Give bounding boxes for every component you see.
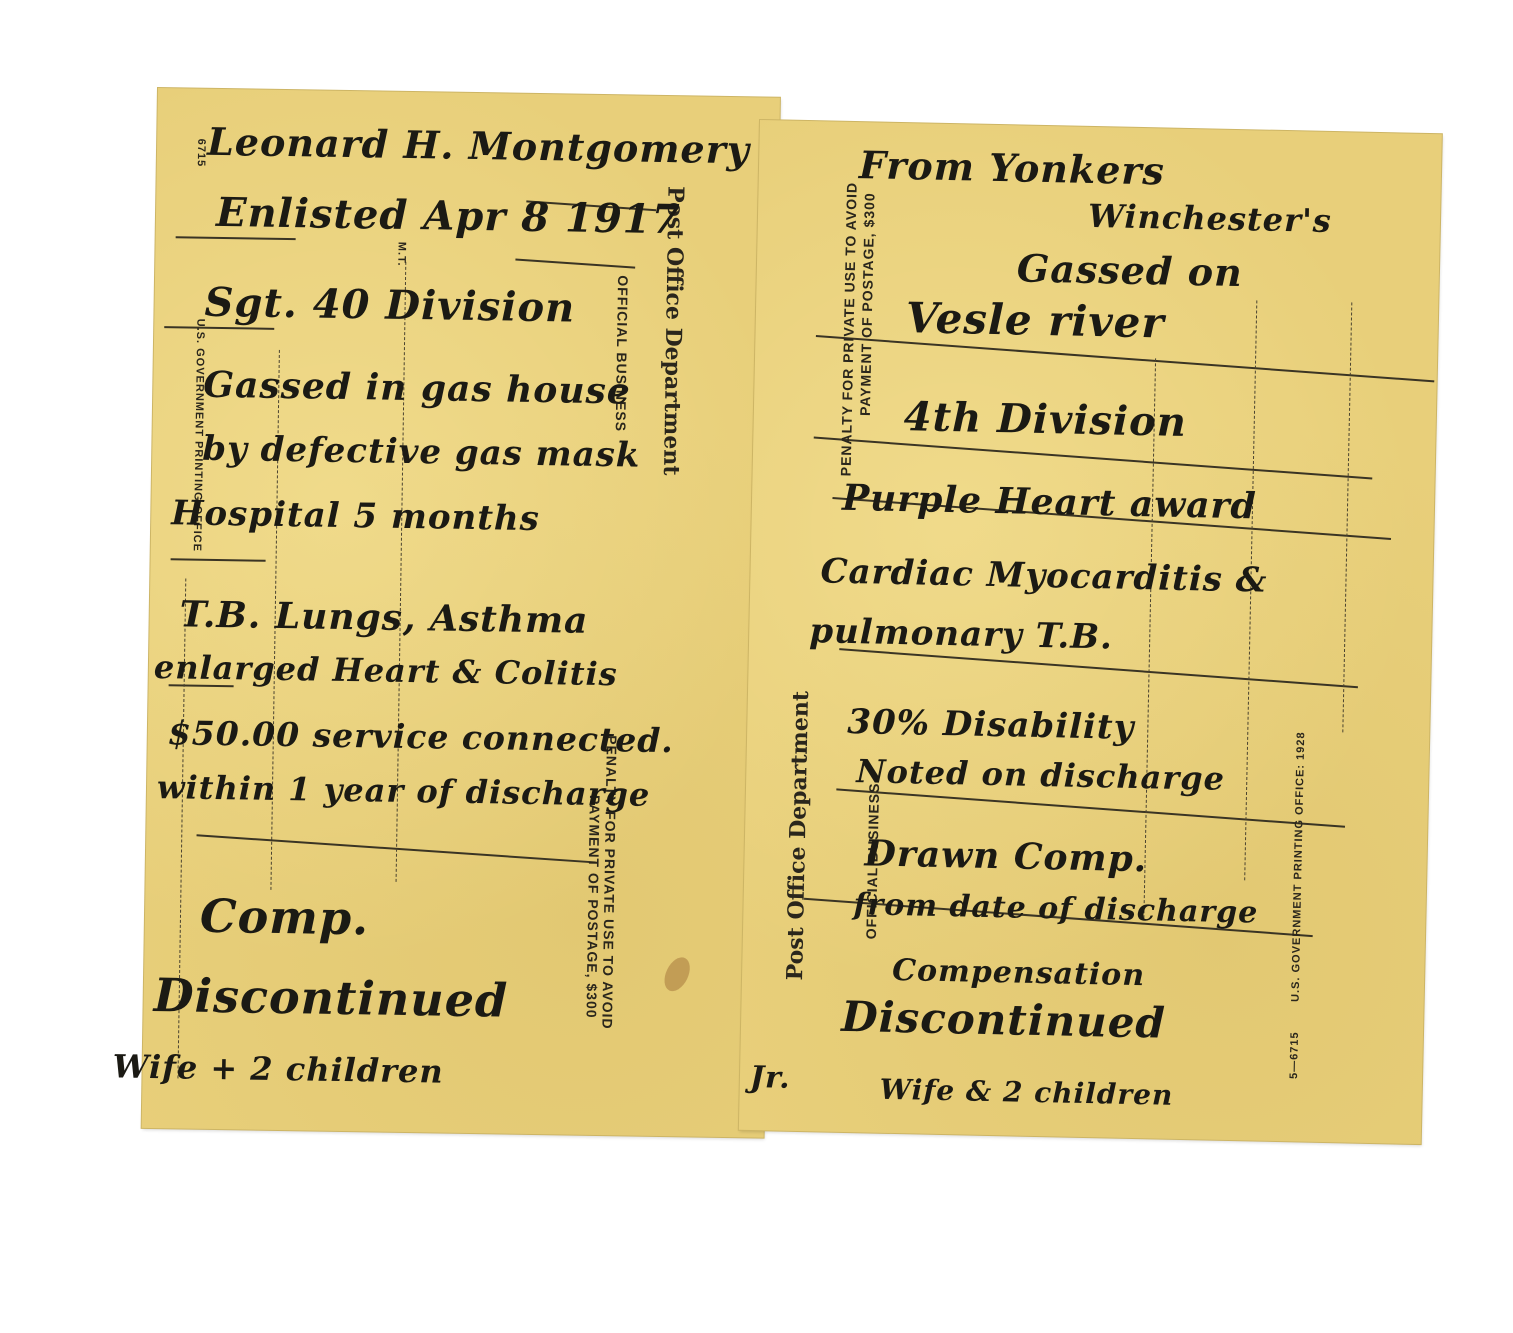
handwritten-line: Discontinued [153, 968, 508, 1028]
stain-mark [659, 953, 695, 995]
handwritten-line: 4th Division [903, 393, 1187, 446]
handwritten-line: Compensation [892, 953, 1146, 993]
handwritten-line: From Yonkers [859, 142, 1166, 193]
form-number: 5—6715 [1288, 1031, 1301, 1079]
handwritten-line: Drawn Comp. [864, 832, 1147, 880]
penalty-line-1: PENALTY FOR PRIVATE USE TO AVOID [838, 182, 860, 477]
handwritten-line: enlarged Heart & Colitis [154, 648, 618, 693]
column-guide [1342, 302, 1352, 732]
ruled-line [515, 258, 635, 268]
handwritten-line: Sgt. 40 Division [204, 279, 575, 332]
handwritten-line: Hospital 5 months [171, 493, 540, 539]
handwritten-line: Jr. [750, 1060, 791, 1096]
handwritten-line: Wife + 2 children [112, 1047, 444, 1090]
handwritten-line: by defective gas mask [202, 429, 641, 476]
handwritten-line: Winchester's [1088, 197, 1332, 240]
handwritten-line: Gassed in gas house [203, 364, 631, 413]
handwritten-line: $50.00 service connected. [168, 713, 675, 760]
handwritten-line: Wife & 2 children [879, 1073, 1173, 1112]
index-card-right: PENALTY FOR PRIVATE USE TO AVOID PAYMENT… [739, 120, 1442, 1144]
ruled-line [171, 558, 266, 561]
handwritten-line: T.B. Lungs, Asthma [179, 593, 588, 641]
handwritten-line: Purple Heart award [842, 477, 1257, 528]
form-number: 6715 [195, 139, 207, 168]
handwritten-line: Comp. [200, 889, 370, 946]
penalty-line-2: PAYMENT OF POSTAGE, $300 [857, 192, 878, 416]
handwritten-line: Leonard H. Montgomery [207, 119, 750, 173]
index-card-left: 6715 U.S. GOVERNMENT PRINTING OFFICE M.T… [142, 88, 780, 1138]
handwritten-line: 30% Disability [847, 702, 1135, 748]
handwritten-line: Noted on discharge [856, 752, 1225, 798]
column-mark: M.T. [395, 242, 407, 267]
ruled-line [164, 326, 274, 330]
handwritten-line: Enlisted Apr 8 1917 [216, 189, 681, 243]
handwritten-line: from date of discharge [853, 887, 1258, 930]
handwritten-line: Discontinued [841, 992, 1167, 1048]
handwritten-line: Cardiac Myocarditis & [820, 551, 1268, 600]
post-office-department-imprint: Post Office Department [782, 691, 814, 981]
handwritten-line: Vesle river [905, 293, 1165, 347]
printing-office-imprint: U.S. GOVERNMENT PRINTING OFFICE: 1928 [1290, 731, 1308, 1002]
handwritten-line: Gassed on [1016, 245, 1243, 295]
handwritten-line: within 1 year of discharge [157, 768, 651, 814]
handwritten-line: pulmonary T.B. [809, 611, 1113, 657]
